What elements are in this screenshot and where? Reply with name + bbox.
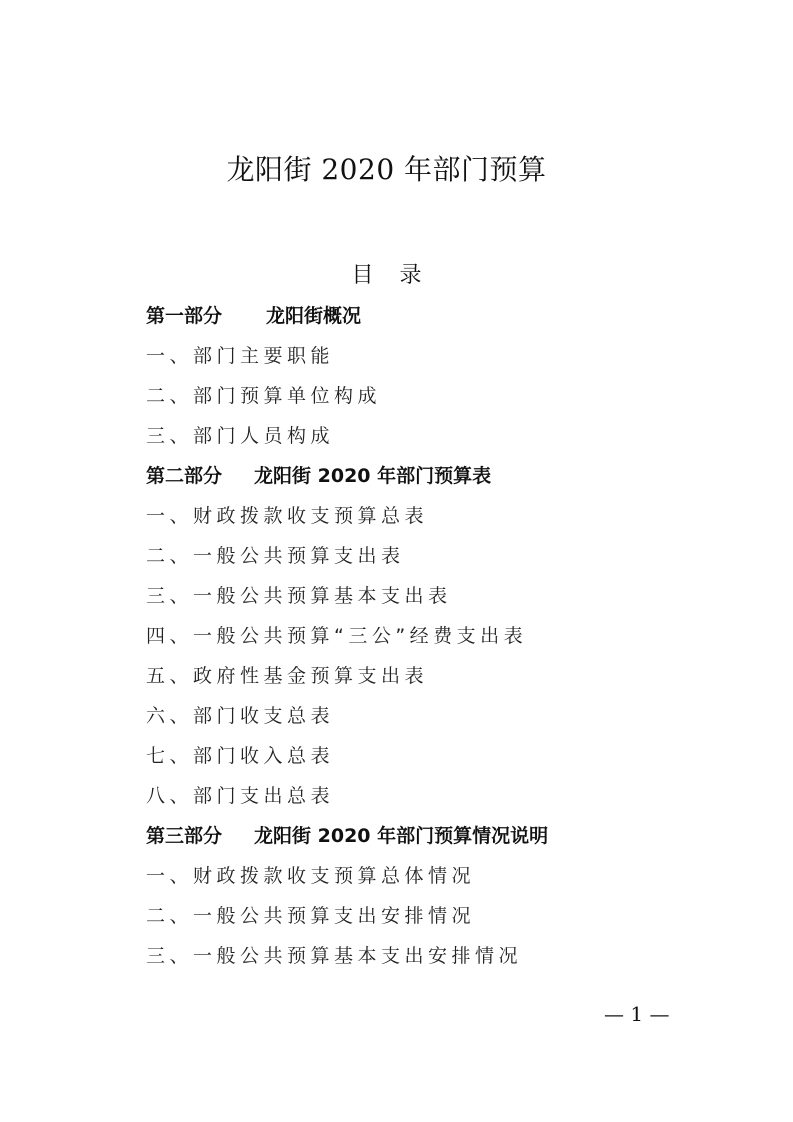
toc-part-2[interactable]: 第二部分龙阳街 2020 年部门预算表 xyxy=(146,462,548,502)
part-label: 第三部分 xyxy=(146,825,222,847)
table-of-contents: 第一部分龙阳街概况 一、部门主要职能 二、部门预算单位构成 三、部门人员构成 第… xyxy=(146,302,548,982)
document-title: 龙阳街 2020 年部门预算 xyxy=(0,148,773,188)
toc-item[interactable]: 一、财政拨款收支预算总表 xyxy=(146,502,548,542)
toc-heading-char-2: 录 xyxy=(400,263,422,288)
toc-item[interactable]: 二、一般公共预算支出表 xyxy=(146,542,548,582)
page-number: — 1 — xyxy=(604,1002,669,1026)
toc-item[interactable]: 五、政府性基金预算支出表 xyxy=(146,662,548,702)
toc-heading-char-1: 目 xyxy=(351,263,373,288)
part-title: 龙阳街 2020 年部门预算表 xyxy=(254,465,491,487)
toc-item[interactable]: 二、部门预算单位构成 xyxy=(146,382,548,422)
toc-item[interactable]: 三、一般公共预算基本支出表 xyxy=(146,582,548,622)
part-title: 龙阳街概况 xyxy=(266,305,361,327)
toc-item[interactable]: 一、财政拨款收支预算总体情况 xyxy=(146,862,548,902)
toc-part-1[interactable]: 第一部分龙阳街概况 xyxy=(146,302,548,342)
toc-item[interactable]: 三、部门人员构成 xyxy=(146,422,548,462)
toc-item[interactable]: 七、部门收入总表 xyxy=(146,742,548,782)
toc-item[interactable]: 八、部门支出总表 xyxy=(146,782,548,822)
part-title: 龙阳街 2020 年部门预算情况说明 xyxy=(254,825,548,847)
toc-heading: 目录 xyxy=(0,258,773,289)
part-label: 第二部分 xyxy=(146,465,222,487)
toc-item[interactable]: 三、一般公共预算基本支出安排情况 xyxy=(146,942,548,982)
toc-item[interactable]: 一、部门主要职能 xyxy=(146,342,548,382)
toc-item[interactable]: 四、一般公共预算“三公”经费支出表 xyxy=(146,622,548,662)
toc-item[interactable]: 二、一般公共预算支出安排情况 xyxy=(146,902,548,942)
part-label: 第一部分 xyxy=(146,305,222,327)
toc-item[interactable]: 六、部门收支总表 xyxy=(146,702,548,742)
toc-part-3[interactable]: 第三部分龙阳街 2020 年部门预算情况说明 xyxy=(146,822,548,862)
